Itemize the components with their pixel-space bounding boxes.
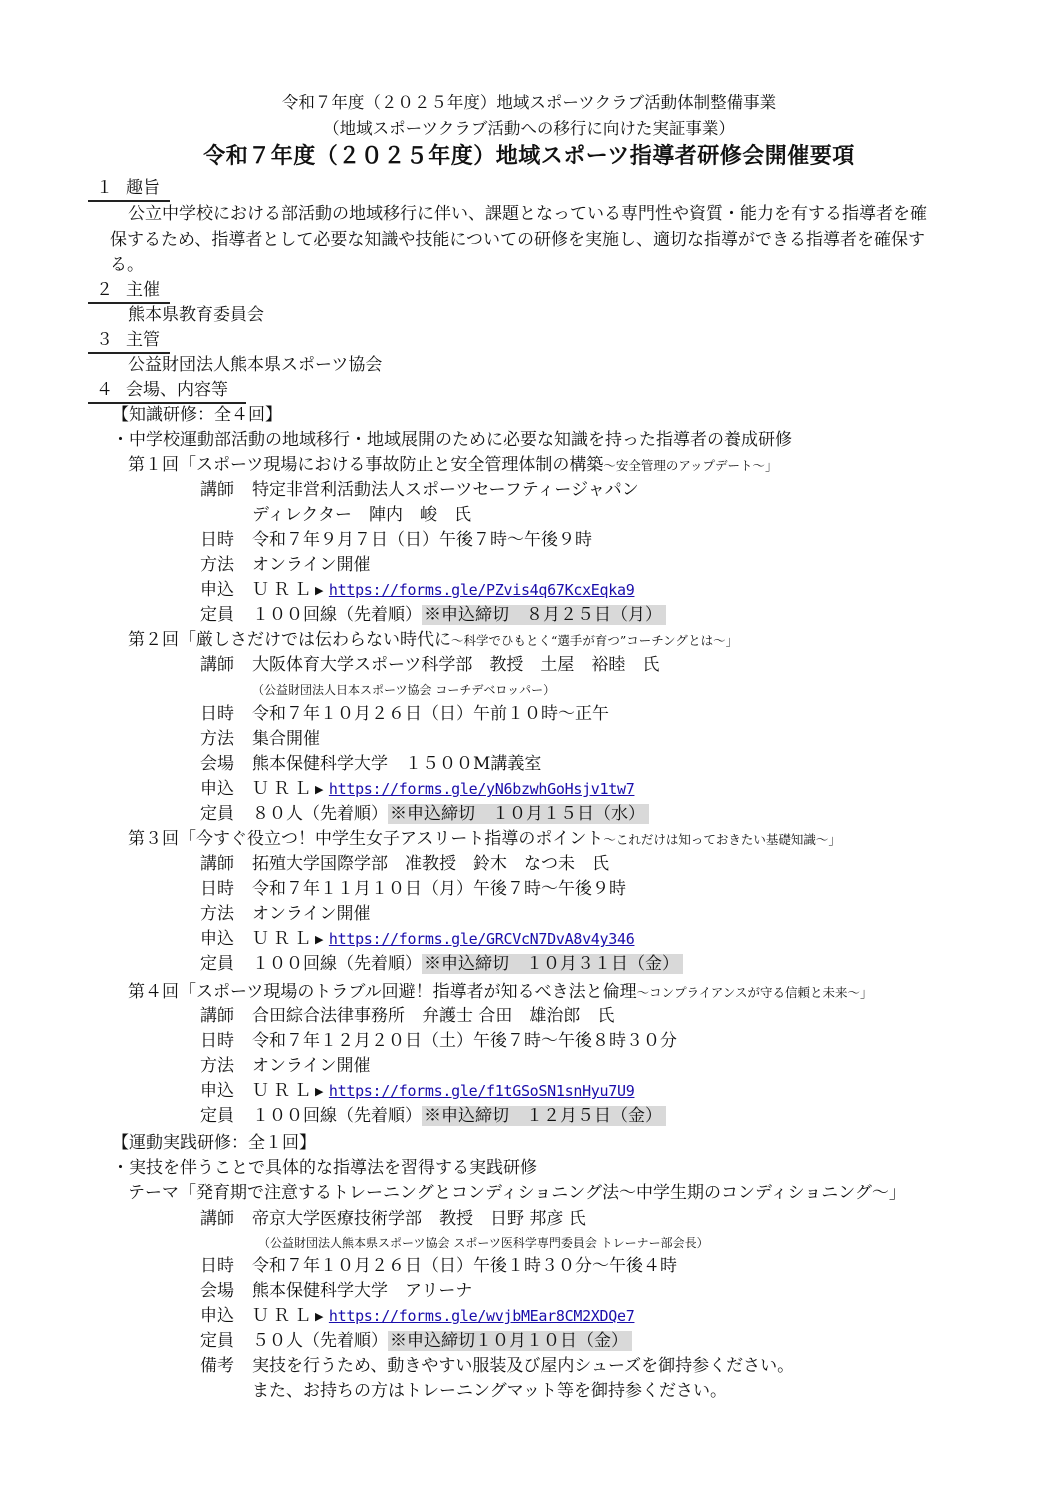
section-heading-purpose: １趣旨 <box>88 176 170 202</box>
session-3-apply: 申込ＵＲＬ▶ https://forms.gle/GRCVcN7DvA8v4y3… <box>200 927 634 952</box>
organizer-text: 熊本県教育委員会 <box>128 303 264 327</box>
triangle-right-icon: ▶ <box>315 783 323 796</box>
knowledge-header: 【知識研修：全４回】 <box>112 403 282 427</box>
section-heading-venue-content: ４会場、内容等 <box>88 378 246 404</box>
knowledge-bullet: ・中学校運動部活動の地域移行・地域展開のために必要な知識を持った指導者の養成研修 <box>112 428 792 452</box>
practical-bullet: ・実技を伴うことで具体的な指導法を習得する実践研修 <box>112 1156 537 1180</box>
purpose-text-2: 保するため、指導者として必要な知識や技能についての研修を実施し、適切な指導ができ… <box>110 228 925 252</box>
session-3-datetime: 日時令和７年１１月１０日（月）午後７時～午後９時 <box>200 877 626 901</box>
session-3-method: 方法オンライン開催 <box>200 902 371 926</box>
page-title: 令和７年度（２０２５年度）地域スポーツ指導者研修会開催要項 <box>0 143 1058 171</box>
session-1-title: 第１回「スポーツ現場における事故防止と安全管理体制の構築～安全管理のアップデート… <box>128 453 777 478</box>
practical-lecturer: 講師帝京大学医療技術学部 教授 日野 邦彦 氏 <box>200 1207 586 1231</box>
practical-venue: 会場熊本保健科学大学 アリーナ <box>200 1279 472 1303</box>
session-4-apply: 申込ＵＲＬ▶ https://forms.gle/f1tGSoSN1snHyu7… <box>200 1079 634 1104</box>
session-2-capacity: 定員８０人（先着順）※申込締切 １０月１５日（水） <box>200 802 649 826</box>
session-2-title: 第２回「厳しさだけでは伝わらない時代に～科学でひもとく“選手が育つ”コーチングと… <box>128 628 738 653</box>
practical-notes: 備考実技を行うため、動きやすい服装及び屋内シューズを御持参ください。 <box>200 1354 794 1378</box>
purpose-text-1: 公立中学校における部活動の地域移行に伴い、課題となっている専門性や資質・能力を有… <box>128 202 927 226</box>
practical-notes-2: また、お持ちの方はトレーニングマット等を御持参ください。 <box>252 1379 727 1403</box>
session-1-lecturer-2: ディレクター 陣内 峻 氏 <box>252 503 471 527</box>
practical-url-link[interactable]: https://forms.gle/wvjbMEar8CM2XDQe7 <box>329 1307 635 1325</box>
session-1-capacity: 定員１００回線（先着順）※申込締切 ８月２５日（月） <box>200 603 666 627</box>
session-2-url-link[interactable]: https://forms.gle/yN6bzwhGoHsjv1tw7 <box>329 780 635 798</box>
triangle-right-icon: ▶ <box>315 1310 323 1323</box>
practical-lecturer-note: （公益財団法人熊本県スポーツ協会 スポーツ医科学専門委員会 トレーナー部会長） <box>258 1231 709 1255</box>
practical-capacity: 定員５０人（先着順）※申込締切１０月１０日（金） <box>200 1329 632 1353</box>
management-text: 公益財団法人熊本県スポーツ協会 <box>128 353 382 377</box>
session-2-method: 方法集合開催 <box>200 727 320 751</box>
session-4-datetime: 日時令和７年１２月２０日（土）午後７時～午後８時３０分 <box>200 1029 677 1053</box>
session-2-deadline: ※申込締切 １０月１５日（水） <box>388 804 649 824</box>
session-3-lecturer: 講師拓殖大学国際学部 准教授 鈴木 なつ未 氏 <box>200 852 609 876</box>
section-heading-organizer: ２主催 <box>88 278 170 304</box>
session-3-capacity: 定員１００回線（先着順）※申込締切 １０月３１日（金） <box>200 952 683 976</box>
session-1-deadline: ※申込締切 ８月２５日（月） <box>422 605 666 625</box>
session-4-lecturer: 講師合田綜合法律事務所 弁護士 合田 雄治郎 氏 <box>200 1004 614 1028</box>
session-2-datetime: 日時令和７年１０月２６日（日）午前１０時～正午 <box>200 702 609 726</box>
session-4-method: 方法オンライン開催 <box>200 1054 371 1078</box>
session-1-url-link[interactable]: https://forms.gle/PZvis4q67KcxEqka9 <box>329 581 635 599</box>
session-2-lecturer-note: （公益財団法人日本スポーツ協会 コーチデベロッパー） <box>252 678 555 702</box>
session-3-title: 第３回「今すぐ役立つ！中学生女子アスリート指導のポイント～これだけは知っておきた… <box>128 827 841 852</box>
practical-deadline: ※申込締切１０月１０日（金） <box>388 1331 632 1351</box>
session-4-title: 第４回「スポーツ現場のトラブル回避！指導者が知るべき法と倫理～コンプライアンスが… <box>128 980 873 1005</box>
session-4-capacity: 定員１００回線（先着順）※申込締切 １２月５日（金） <box>200 1104 666 1128</box>
session-2-lecturer: 講師大阪体育大学スポーツ科学部 教授 土屋 裕睦 氏 <box>200 653 659 677</box>
session-1-lecturer: 講師特定非営利活動法人スポーツセーフティージャパン <box>200 478 639 502</box>
session-4-deadline: ※申込締切 １２月５日（金） <box>422 1106 666 1126</box>
project-name: 令和７年度（２０２５年度）地域スポーツクラブ活動体制整備事業 <box>0 91 1058 115</box>
practical-apply: 申込ＵＲＬ▶ https://forms.gle/wvjbMEar8CM2XDQ… <box>200 1304 634 1329</box>
practical-header: 【運動実践研修：全１回】 <box>112 1131 316 1155</box>
session-2-venue: 会場熊本保健科学大学 １５００M講義室 <box>200 752 541 776</box>
purpose-text-3: る。 <box>110 253 144 277</box>
triangle-right-icon: ▶ <box>315 1085 323 1098</box>
session-3-deadline: ※申込締切 １０月３１日（金） <box>422 954 683 974</box>
session-2-apply: 申込ＵＲＬ▶ https://forms.gle/yN6bzwhGoHsjv1t… <box>200 777 634 802</box>
section-heading-management: ３主管 <box>88 328 170 354</box>
session-1-apply: 申込ＵＲＬ▶ https://forms.gle/PZvis4q67KcxEqk… <box>200 578 634 603</box>
practical-datetime: 日時令和７年１０月２６日（日）午後１時３０分～午後４時 <box>200 1254 677 1278</box>
triangle-right-icon: ▶ <box>315 584 323 597</box>
session-1-method: 方法オンライン開催 <box>200 553 371 577</box>
session-4-url-link[interactable]: https://forms.gle/f1tGSoSN1snHyu7U9 <box>329 1082 635 1100</box>
session-3-url-link[interactable]: https://forms.gle/GRCVcN7DvA8v4y346 <box>329 930 635 948</box>
document-page: 令和７年度（２０２５年度）地域スポーツクラブ活動体制整備事業 （地域スポーツクラ… <box>0 0 1058 1497</box>
session-1-datetime: 日時令和７年９月７日（日）午後７時～午後９時 <box>200 528 592 552</box>
project-subtitle: （地域スポーツクラブ活動への移行に向けた実証事業） <box>0 117 1058 141</box>
triangle-right-icon: ▶ <box>315 933 323 946</box>
practical-theme: テーマ「発育期で注意するトレーニングとコンディショニング法～中学生期のコンディシ… <box>128 1181 906 1205</box>
